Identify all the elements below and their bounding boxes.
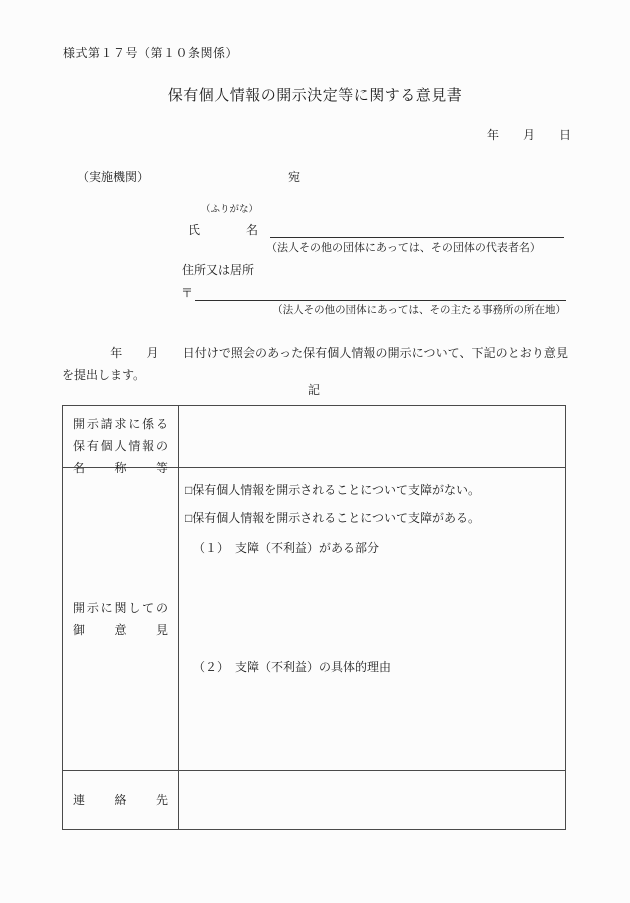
addressee-label: 宛	[288, 171, 300, 183]
table-row-request-info: 開示請求に係る 保有個人情報の 名 称 等	[63, 406, 565, 467]
postal-mark: 〒	[181, 287, 193, 299]
objection-item2-heading: （２） 支障（不利益）の具体的理由	[193, 653, 559, 681]
option-no-objection: □保有個人情報を開示されることについて支障がない。	[185, 476, 559, 504]
option-objection-label: 保有個人情報を開示されることについて支障がある。	[192, 511, 480, 525]
table-row-opinion: 開示に関しての 御 意 見 □保有個人情報を開示されることについて支障がない。 …	[63, 467, 565, 770]
contact-blank-cell[interactable]	[179, 771, 565, 829]
address-note: （法人その他の団体にあっては、その主たる事務所の所在地）	[272, 306, 566, 317]
furigana-label: （ふりがな）	[201, 206, 258, 216]
body-paragraph: 年 月 日付けで照会のあった保有個人情報の開示について、下記のとおり意見を提出し…	[62, 343, 568, 386]
opinion-content-cell: □保有個人情報を開示されることについて支障がない。 □保有個人情報を開示されるこ…	[179, 468, 565, 770]
record-heading: 記	[62, 384, 566, 396]
request-info-label-line2: 保有個人情報の	[73, 435, 168, 457]
opinion-label-line2: 御 意 見	[73, 619, 168, 641]
page-title: 保有個人情報の開示決定等に関する意見書	[0, 89, 630, 104]
option-no-objection-label: 保有個人情報を開示されることについて支障がない。	[192, 483, 480, 497]
table-row-contact: 連 絡 先	[63, 770, 565, 829]
name-note: （法人その他の団体にあっては、その団体の代表者名）	[266, 243, 541, 254]
name-label-second: 名	[246, 224, 258, 236]
form-page: 様式第１７号（第１０条関係） 保有個人情報の開示決定等に関する意見書 年 月 日…	[0, 0, 630, 903]
opinion-label-line1: 開示に関しての	[73, 597, 168, 619]
date-line: 年 月 日	[487, 129, 571, 141]
form-number: 様式第１７号（第１０条関係）	[63, 47, 238, 59]
address-fill-line[interactable]	[195, 273, 566, 301]
request-info-label-line1: 開示請求に係る	[73, 413, 168, 435]
objection-item1-heading: （１） 支障（不利益）がある部分	[193, 534, 559, 562]
agency-label: （実施機関）	[77, 171, 149, 183]
request-info-label: 開示請求に係る 保有個人情報の 名 称 等	[63, 406, 179, 467]
name-label-first: 氏	[188, 224, 200, 236]
request-info-blank-cell[interactable]	[179, 406, 565, 467]
opinion-table: 開示請求に係る 保有個人情報の 名 称 等 開示に関しての 御 意 見 □保有個…	[62, 405, 566, 830]
name-fill-line[interactable]	[270, 210, 564, 238]
contact-label-cell: 連 絡 先	[63, 771, 179, 829]
option-objection: □保有個人情報を開示されることについて支障がある。	[185, 504, 559, 532]
contact-label: 連 絡 先	[73, 789, 168, 811]
opinion-label: 開示に関しての 御 意 見	[63, 468, 179, 770]
